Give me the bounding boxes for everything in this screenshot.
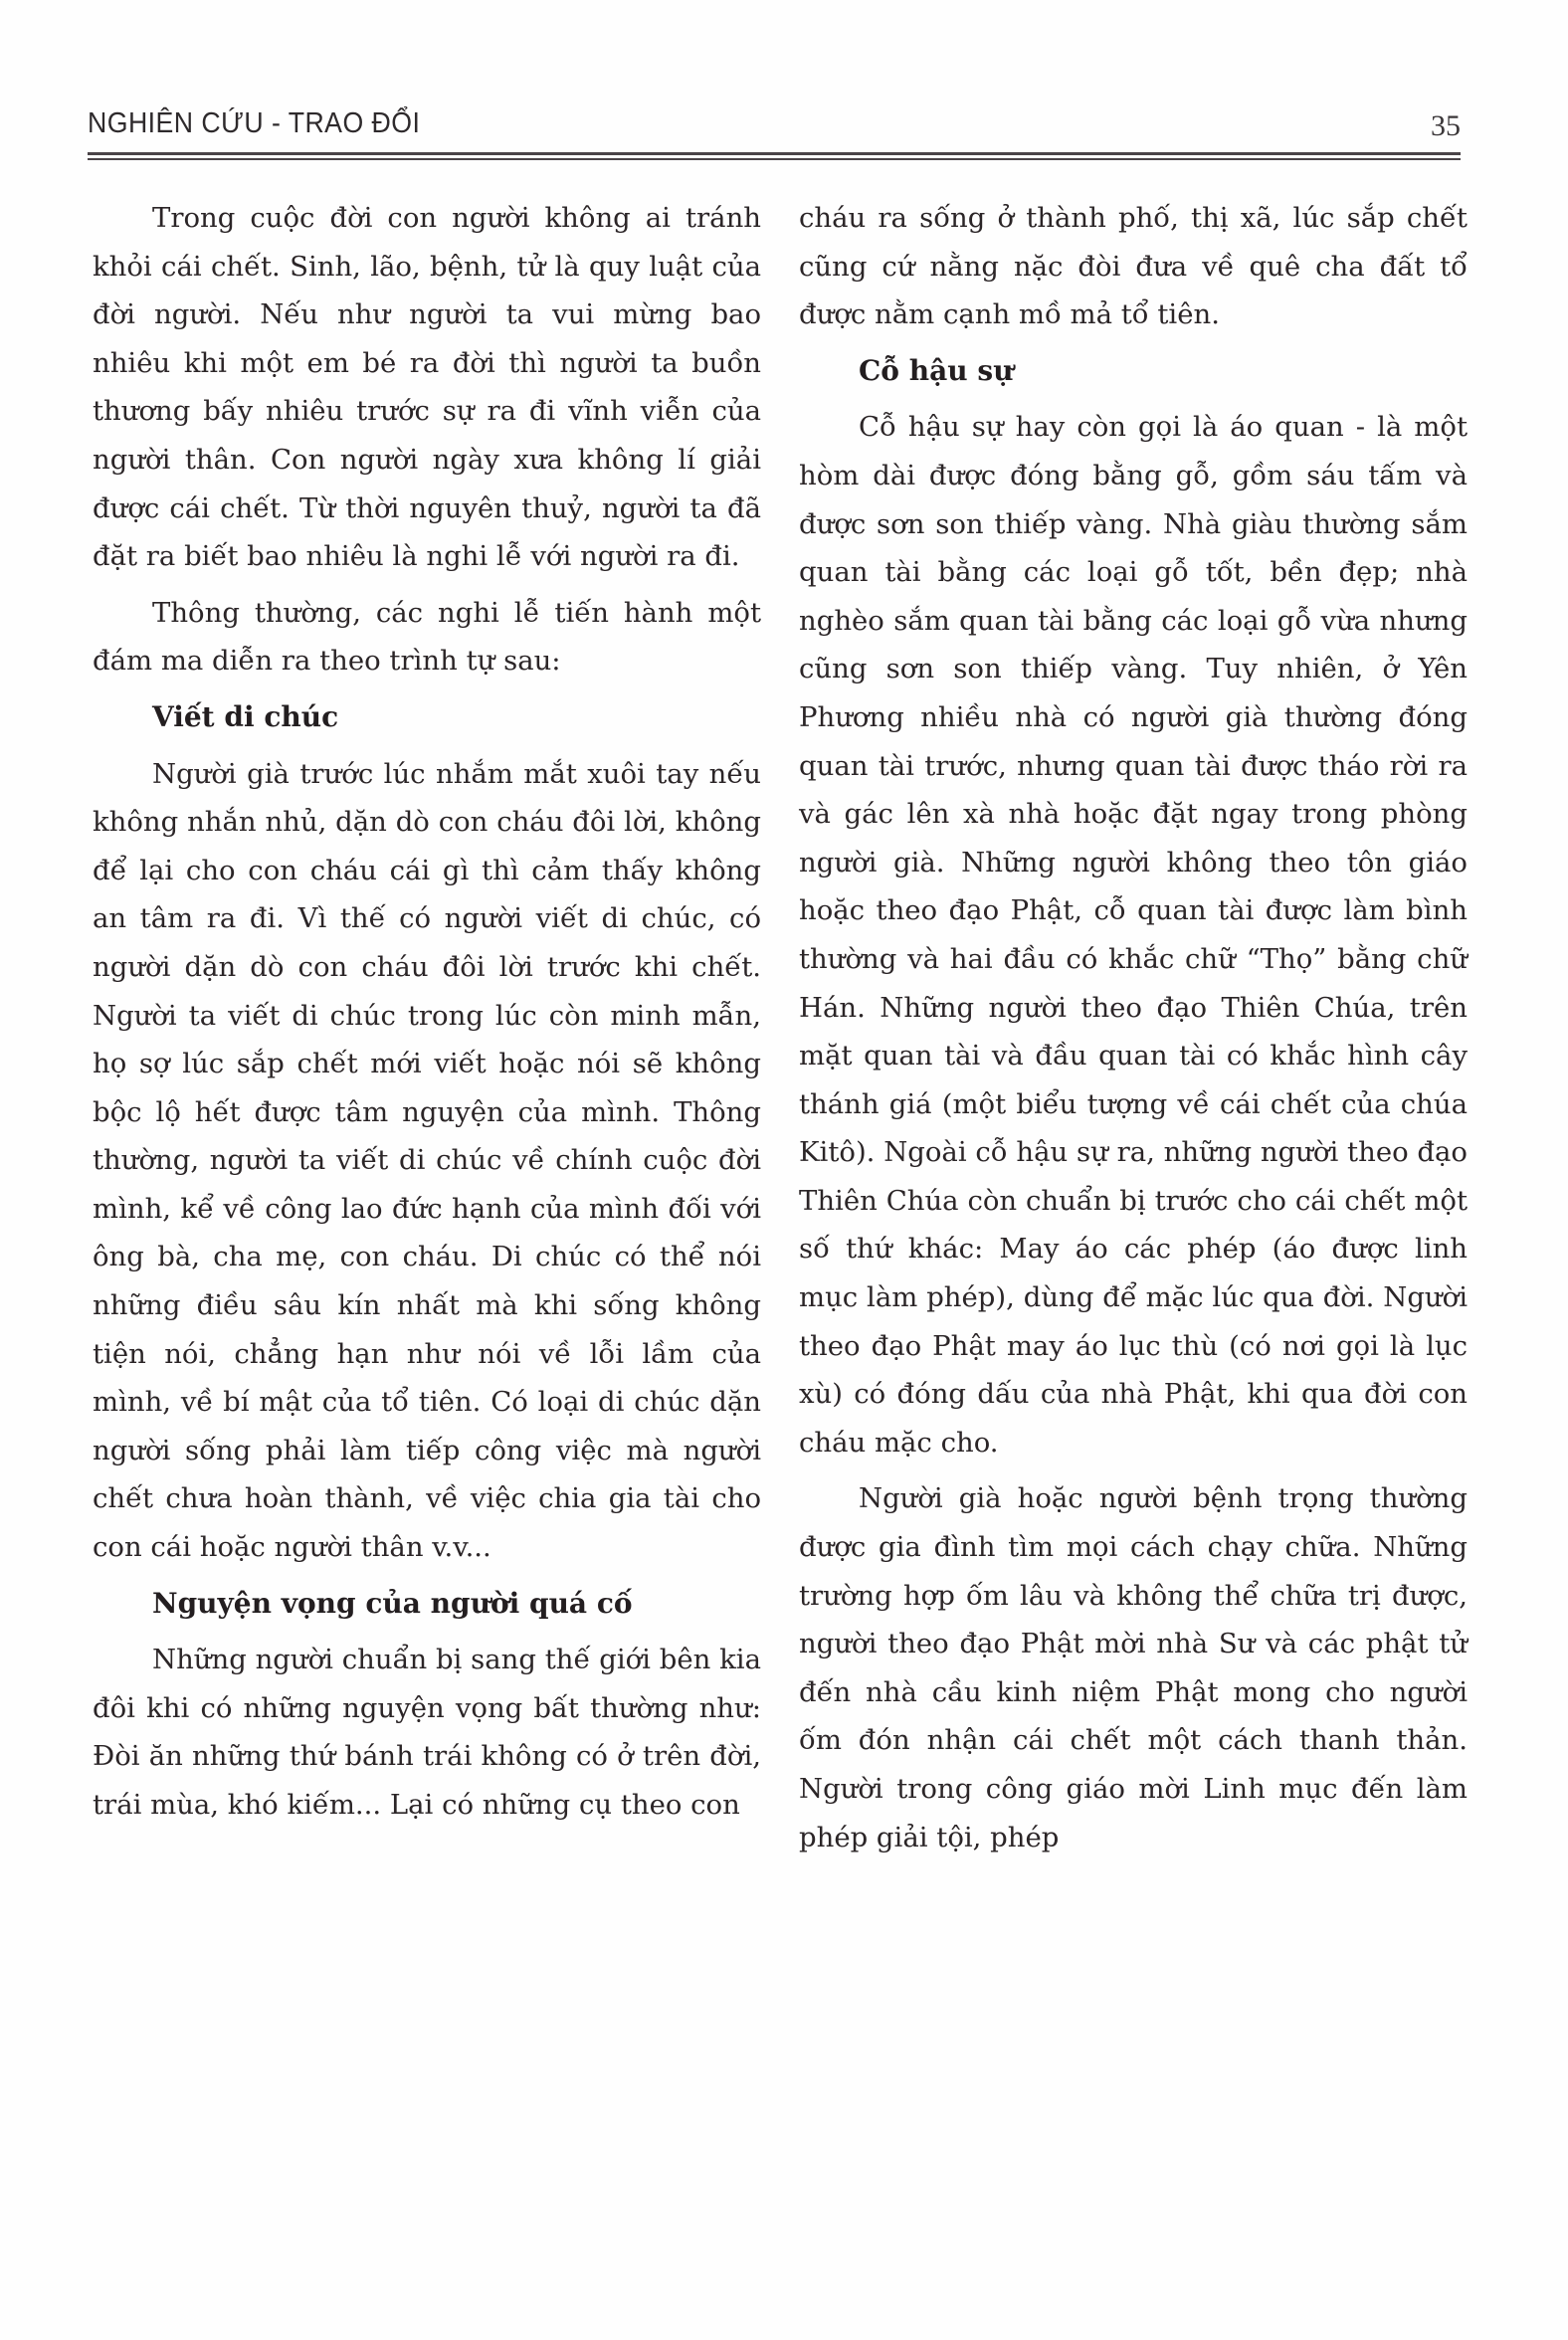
paragraph-sequence: Thông thường, các nghi lễ tiến hành một … <box>93 589 761 685</box>
paragraph-di-chuc: Người già trước lúc nhắm mắt xuôi tay nế… <box>93 750 761 1572</box>
left-column: Trong cuộc đời con người không ai tránh … <box>93 194 761 1838</box>
heading-co-hau-su: Cỗ hậu sự <box>799 347 1468 396</box>
right-column: cháu ra sống ở thành phố, thị xã, lúc sắ… <box>799 194 1468 1869</box>
heading-viet-di-chuc: Viết di chúc <box>93 693 761 742</box>
page-number: 35 <box>1431 109 1461 143</box>
running-header: NGHIÊN CỨU - TRAO ĐỔI 35 <box>88 107 1461 147</box>
header-rule-bottom <box>88 158 1461 160</box>
paragraph-co-hau-su: Cỗ hậu sự hay còn gọi là áo quan - là mộ… <box>799 403 1468 1466</box>
paragraph-intro: Trong cuộc đời con người không ai tránh … <box>93 194 761 581</box>
paragraph-nguyen-vong: Những người chuẩn bị sang thế giới bên k… <box>93 1636 761 1829</box>
document-page: NGHIÊN CỨU - TRAO ĐỔI 35 Trong cuộc đời … <box>0 0 1568 2340</box>
paragraph-benh-trong: Người già hoặc người bệnh trọng thường đ… <box>799 1474 1468 1861</box>
heading-nguyen-vong: Nguyện vọng của người quá cố <box>93 1580 761 1629</box>
paragraph-continued: cháu ra sống ở thành phố, thị xã, lúc sắ… <box>799 194 1468 339</box>
header-rule-top <box>88 152 1461 155</box>
section-label: NGHIÊN CỨU - TRAO ĐỔI <box>88 107 420 140</box>
